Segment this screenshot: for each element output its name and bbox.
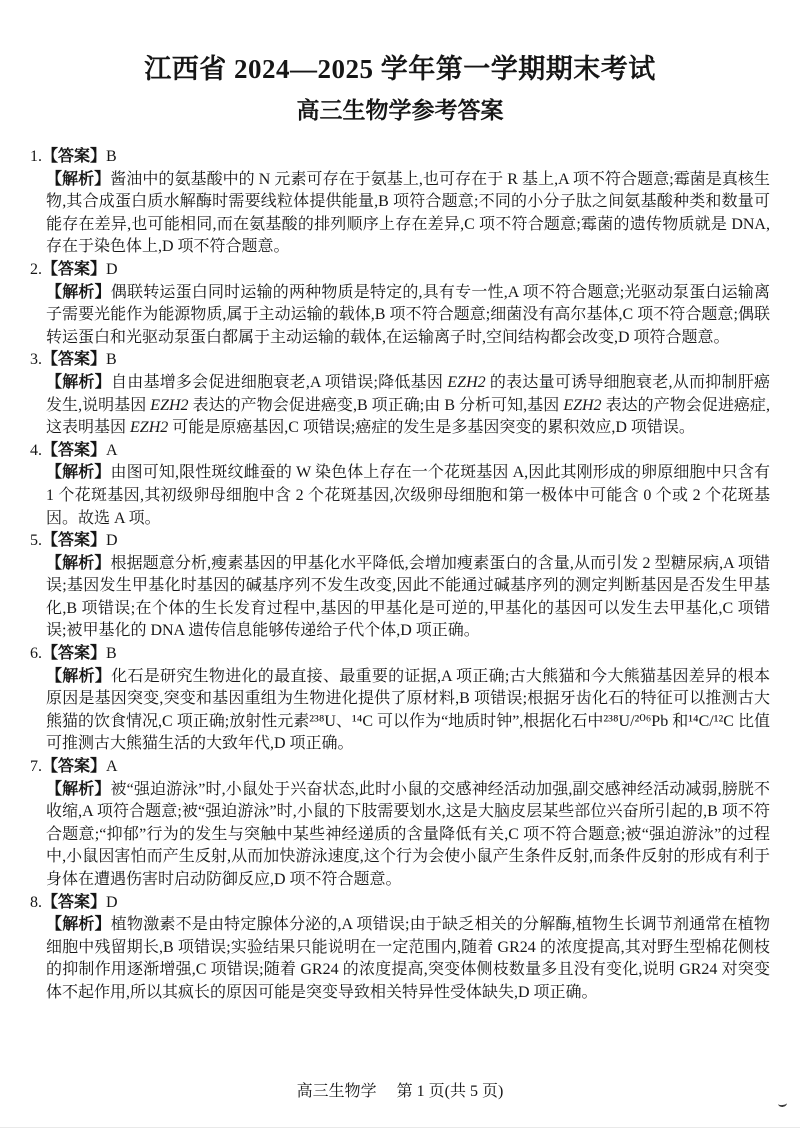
question-number: 7. <box>30 758 42 775</box>
answer-label: 【答案】 <box>42 758 106 775</box>
answer-item-3: 3.【答案】B 【解析】自由基增多会促进细胞衰老,A 项错误;降低基因 EZH2… <box>30 349 770 439</box>
scan-edge-line <box>0 1127 800 1128</box>
analysis-label: 【解析】 <box>46 668 111 685</box>
answers-content: 1.【答案】B 【解析】酱油中的氨基酸中的 N 元素可存在于氨基上,也可存在于 … <box>30 146 770 1005</box>
answer-label: 【答案】 <box>42 351 106 368</box>
answer-item-8: 8.【答案】D 【解析】植物激素不是由特定腺体分泌的,A 项错误;由于缺乏相关的… <box>30 892 770 1005</box>
answer-item-7: 7.【答案】A 【解析】被“强迫游泳”时,小鼠处于兴奋状态,此时小鼠的交感神经活… <box>30 756 770 892</box>
answer-item-1: 1.【答案】B 【解析】酱油中的氨基酸中的 N 元素可存在于氨基上,也可存在于 … <box>30 146 770 259</box>
analysis-label: 【解析】 <box>46 916 111 933</box>
answer-label: 【答案】 <box>42 261 106 278</box>
question-number: 5. <box>30 532 42 549</box>
question-number: 3. <box>30 351 42 368</box>
answer-line: 5.【答案】D <box>46 530 770 553</box>
answer-letter: B <box>106 148 117 165</box>
answer-line: 2.【答案】D <box>46 259 770 282</box>
answer-line: 6.【答案】B <box>46 643 770 666</box>
analysis-paragraph: 【解析】自由基增多会促进细胞衰老,A 项错误;降低基因 EZH2 的表达量可诱导… <box>46 372 770 440</box>
answer-letter: A <box>106 442 118 459</box>
analysis-text: 由图可知,限性斑纹雌蚕的 W 染色体上存在一个花斑基因 A,因此其刚形成的卵原细… <box>46 464 770 526</box>
analysis-text: 化石是研究生物进化的最直接、最重要的证据,A 项正确;古大熊猫和今大熊猫基因差异… <box>46 668 770 753</box>
answer-item-4: 4.【答案】A 【解析】由图可知,限性斑纹雌蚕的 W 染色体上存在一个花斑基因 … <box>30 440 770 530</box>
analysis-text: 根据题意分析,瘦素基因的甲基化水平降低,会增加瘦素蛋白的含量,从而引发 2 型糖… <box>46 555 770 640</box>
answer-item-6: 6.【答案】B 【解析】化石是研究生物进化的最直接、最重要的证据,A 项正确;古… <box>30 643 770 756</box>
analysis-paragraph: 【解析】由图可知,限性斑纹雌蚕的 W 染色体上存在一个花斑基因 A,因此其刚形成… <box>46 462 770 530</box>
page-title: 江西省 2024—2025 学年第一学期期末考试 <box>30 50 770 88</box>
analysis-text: 植物激素不是由特定腺体分泌的,A 项错误;由于缺乏相关的分解酶,植物生长调节剂通… <box>46 916 770 1001</box>
analysis-label: 【解析】 <box>46 284 111 301</box>
answer-line: 4.【答案】A <box>46 440 770 463</box>
analysis-paragraph: 【解析】偶联转运蛋白同时运输的两种物质是特定的,具有专一性,A 项不符合题意;光… <box>46 282 770 350</box>
answer-line: 8.【答案】D <box>46 892 770 915</box>
analysis-paragraph: 【解析】植物激素不是由特定腺体分泌的,A 项错误;由于缺乏相关的分解酶,植物生长… <box>46 914 770 1004</box>
analysis-text: 酱油中的氨基酸中的 N 元素可存在于氨基上,也可存在于 R 基上,A 项不符合题… <box>46 171 770 256</box>
answer-sheet-page: 江西省 2024—2025 学年第一学期期末考试 高三生物学参考答案 1.【答案… <box>0 0 800 1005</box>
answer-item-5: 5.【答案】D 【解析】根据题意分析,瘦素基因的甲基化水平降低,会增加瘦素蛋白的… <box>30 530 770 643</box>
analysis-label: 【解析】 <box>46 171 110 188</box>
page-footer: 高三生物学 第 1 页(共 5 页) <box>0 1078 800 1101</box>
analysis-paragraph: 【解析】根据题意分析,瘦素基因的甲基化水平降低,会增加瘦素蛋白的含量,从而引发 … <box>46 553 770 643</box>
analysis-text: 偶联转运蛋白同时运输的两种物质是特定的,具有专一性,A 项不符合题意;光驱动泵蛋… <box>46 284 770 346</box>
analysis-label: 【解析】 <box>46 555 110 572</box>
question-number: 4. <box>30 442 42 459</box>
answer-label: 【答案】 <box>42 442 106 459</box>
question-number: 6. <box>30 645 42 662</box>
analysis-paragraph: 【解析】化石是研究生物进化的最直接、最重要的证据,A 项正确;古大熊猫和今大熊猫… <box>46 666 770 756</box>
analysis-label: 【解析】 <box>46 464 111 481</box>
answer-line: 7.【答案】A <box>46 756 770 779</box>
question-number: 1. <box>30 148 42 165</box>
answer-label: 【答案】 <box>42 645 106 662</box>
answer-label: 【答案】 <box>42 148 106 165</box>
analysis-paragraph: 【解析】被“强迫游泳”时,小鼠处于兴奋状态,此时小鼠的交感神经活动加强,副交感神… <box>46 779 770 892</box>
answer-letter: B <box>106 645 117 662</box>
answer-letter: A <box>106 758 118 775</box>
answer-letter: B <box>106 351 117 368</box>
answer-letter: D <box>106 261 118 278</box>
scan-artifact-mark <box>778 1102 787 1108</box>
analysis-label: 【解析】 <box>46 374 111 391</box>
answer-letter: D <box>106 532 118 549</box>
analysis-paragraph: 【解析】酱油中的氨基酸中的 N 元素可存在于氨基上,也可存在于 R 基上,A 项… <box>46 169 770 259</box>
answer-line: 3.【答案】B <box>46 349 770 372</box>
analysis-text: 自由基增多会促进细胞衰老,A 项错误;降低基因 EZH2 的表达量可诱导细胞衰老… <box>46 374 770 436</box>
answer-label: 【答案】 <box>42 532 106 549</box>
question-number: 2. <box>30 261 42 278</box>
answer-letter: D <box>106 894 118 911</box>
answer-line: 1.【答案】B <box>46 146 770 169</box>
analysis-label: 【解析】 <box>46 781 110 798</box>
analysis-text: 被“强迫游泳”时,小鼠处于兴奋状态,此时小鼠的交感神经活动加强,副交感神经活动减… <box>46 781 770 888</box>
answer-item-2: 2.【答案】D 【解析】偶联转运蛋白同时运输的两种物质是特定的,具有专一性,A … <box>30 259 770 349</box>
page-subtitle: 高三生物学参考答案 <box>30 94 770 126</box>
question-number: 8. <box>30 894 42 911</box>
answer-label: 【答案】 <box>42 894 106 911</box>
